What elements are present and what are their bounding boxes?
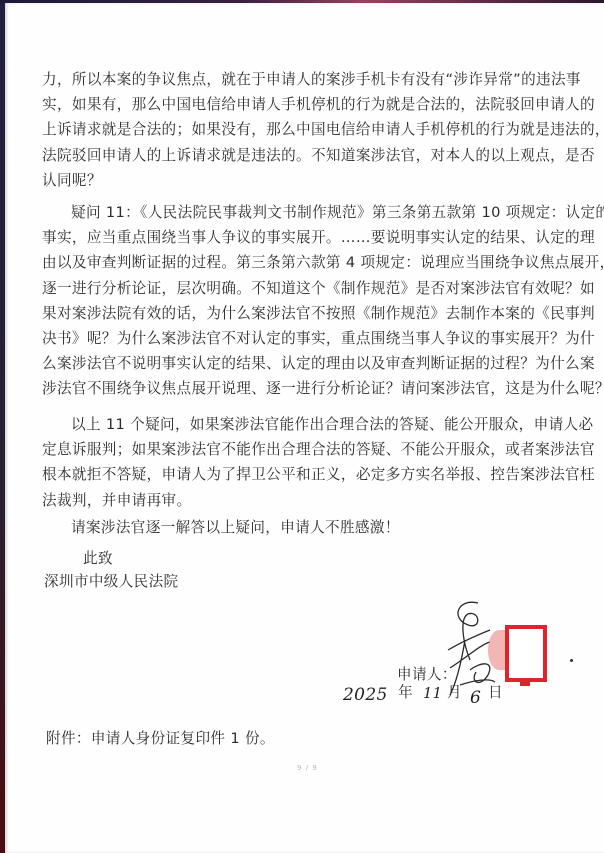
text-line: 力，所以本案的争议焦点，就在于申请人的案涉手机卡有没有“涉诈异常”的违法事 xyxy=(42,67,562,92)
date-year-unit: 年 xyxy=(398,680,413,705)
text-line: 疑问 11：《人民法院民事裁判文书制作规范》第三条第五款第 10 项规定：认定的 xyxy=(42,200,562,225)
recipient: 深圳市中级人民法院 xyxy=(44,569,179,594)
question-11-paragraph: 疑问 11：《人民法院民事裁判文书制作规范》第三条第五款第 10 项规定：认定的… xyxy=(42,200,562,402)
text-line: 事实，应当重点围绕当事人争议的事实展开。……要说明事实认定的结果、认定的理 xyxy=(42,225,562,250)
date-month-handwritten: 11 xyxy=(423,681,442,706)
request-line: 请案涉法官逐一解答以上疑问，申请人不胜感激！ xyxy=(71,515,400,540)
text-line: 由以及审查判断证据的过程。第三条第六款第 4 项规定：说理应当围绕争议焦点展开， xyxy=(42,250,562,275)
text-line: 上诉请求就是合法的；如果没有，那么中国电信给申请人手机停机的行为就是违法的， xyxy=(42,117,562,142)
text-line: 根本就拒不答疑，申请人为了捍卫公平和正义，必定多方实名举报、控告案涉法官枉 xyxy=(42,462,562,487)
attachment-note: 附件：申请人身份证复印件 1 份。 xyxy=(46,726,275,751)
conclusion-paragraph: 以上 11 个疑问，如果案涉法官能作出合理合法的答疑、能公开服众，申请人必 定息… xyxy=(42,412,562,513)
salutation: 此致 xyxy=(83,546,113,571)
text-line: 认同呢？ xyxy=(42,168,562,193)
text-line: 涉法官不围绕争议焦点展开说理、逐一进行分析论证？请问案涉法官，这是为什么呢？ xyxy=(42,376,562,401)
date-year-handwritten: 2025 xyxy=(343,683,388,708)
text-line: 法裁判，并申请再审。 xyxy=(42,488,562,513)
text-line: 决书》呢？为什么案涉法官不对认定的事实，重点围绕当事人争议的事实展开？为什 xyxy=(42,326,562,351)
date-day-handwritten: 6 xyxy=(470,686,481,711)
ink-dot xyxy=(570,659,573,662)
text-line: 实，如果有，那么中国电信给申请人手机停机的行为就是合法的，法院驳回申请人的 xyxy=(42,92,562,117)
text-line: 么案涉法官不说明事实认定的结果、认定的理由以及审查判断证据的过程？为什么案 xyxy=(42,351,562,376)
date-month-unit: 月 xyxy=(447,680,462,705)
text-line: 逐一进行分析论证，层次明确。不知道这个《制作规范》是否对案涉法官有效呢？如 xyxy=(42,276,562,301)
text-line: 以上 11 个疑问，如果案涉法官能作出合理合法的答疑、能公开服众，申请人必 xyxy=(42,412,562,437)
page-number: 9 / 9 xyxy=(297,764,318,772)
redaction-box xyxy=(505,625,547,682)
text-line: 法院驳回申请人的上诉请求就是违法的。不知道案涉法官，对本人的以上观点，是否 xyxy=(42,143,562,168)
paragraph-continued: 力，所以本案的争议焦点，就在于申请人的案涉手机卡有没有“涉诈异常”的违法事 实，… xyxy=(42,67,562,193)
text-line: 果对案涉法院有效的话，为什么案涉法官不按照《制作规范》去制作本案的《民事判 xyxy=(42,301,562,326)
redaction-box-tab xyxy=(520,682,530,686)
date-day-unit: 日 xyxy=(488,680,503,705)
text-line: 定息诉服判；如果案涉法官不能作出合理合法的答疑、不能公开服众，或者案涉法官 xyxy=(42,437,562,462)
